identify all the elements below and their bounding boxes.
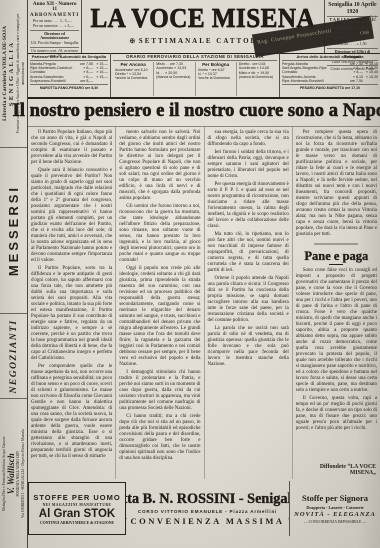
paragraph: Il Partito Popolare, sorto tra la diffid… (31, 266, 112, 362)
paragraph: Quale sarà il bilancio consuntivo e qual… (31, 168, 112, 264)
bottom-ads-banner: STOFFE PER UOMO NEI MAGAZZINI MANIFATTUR… (28, 481, 380, 536)
ad-stoffe-signora-title: Stoffe per Signora (302, 493, 368, 503)
paragraph: Il Partito Popolare Italiano, dopo più c… (31, 130, 112, 166)
article-columns: Il Partito Popolare Italiano, dopo più c… (28, 126, 380, 479)
article-column-4: Per compiere questa opera di ricostruzio… (293, 127, 380, 479)
rail-right-rows: Diretto . ore 0,54Accelerato » 14,08Mist… (239, 62, 275, 79)
timetable-cell (363, 79, 378, 83)
issue-line: Anno XII - Numero 11 (30, 2, 79, 12)
rail-ancona-rows: Accelerato* ore 6,10Diretto * » 13,54*an… (115, 68, 151, 81)
paragraph: sua energia, la quale cerca la sua via d… (208, 130, 289, 148)
left-vertical-ads-strip: Medaglia d'Oro e Premiata Fabbrica Acque… (0, 0, 28, 548)
admin-left: Direzione ed Amministrazione Uff. Piccol… (30, 30, 79, 46)
article-column-2: mento salvarle non le salverà. Noi vedia… (116, 127, 204, 479)
auto-arrivals-table: Arrivo delle Automobili a Senigallia Per… (279, 53, 380, 97)
ad-wallisch-name: V. Wallisch (6, 402, 16, 545)
paragraph: Orbene il popolo attende da Napoli una p… (208, 276, 289, 324)
timetable-cell: Ripe-Monterado-Roncitelli (282, 79, 348, 83)
paragraph: Oggi il popolo non crede più alle ideolo… (119, 266, 200, 368)
text-line: Forniture complete per Scuole e Uffici -… (16, 3, 25, 144)
paragraph: Per comprendere quello che le masse aspe… (31, 364, 112, 460)
ad-gran-stok-title: STOFFE PER UOMO (33, 493, 120, 502)
rail-bologna-header: Per Bologna (198, 62, 234, 68)
ad-negozianti: NEGOZIANTI (0, 314, 27, 399)
rail-col-ancona: Per Ancona Accelerato* ore 6,10Diretto *… (113, 62, 154, 96)
rail-timetable: ORARIO FERROVIARIO DELLA STAZIONE DI SEN… (111, 53, 279, 97)
ad-gran-stok-sub: NEI MAGAZZINI MANIFATTURE (43, 503, 112, 507)
paragraph: Gli uomini che furono intorno a noi, ric… (119, 204, 200, 264)
paragraph: mento salvarle non le salverà. Noi vedia… (119, 130, 200, 202)
timetable-row: Scapezzano-Roncitelliore 8,— (30, 79, 108, 83)
auto-arrivals-footer: PESARO-FANO-MAROTTA ore 17,10 (282, 84, 378, 90)
auto-arrivals-rows: Pergola-Marottaore 7,40» 15,15Sant'Angel… (282, 62, 378, 83)
text-line: *anche la Domenica. (115, 76, 151, 80)
abbonamenti-title: ABBONAMENTI (30, 14, 79, 19)
text-line: Per un semestre . . . » 3,— (30, 24, 79, 29)
left-strip-rotated: Medaglia d'Oro e Premiata Fabbrica Acque… (0, 0, 27, 548)
paragraph: Ma tutto ciò, lo ripetiamo, non lo può f… (208, 232, 289, 274)
paragraph: Per compiere questa opera di ricostruzio… (296, 130, 377, 238)
pane-e-paga-paragraphs: Sono corse false voci in consigli ed imp… (296, 268, 377, 434)
auto-arrivals-title: Arrivo delle Automobili a Senigallia (282, 54, 378, 61)
admin-left-title: Direzione ed Amministrazione (40, 32, 69, 41)
ad-rossini-slogan-row: ☛ CONVENIENZA MASSIMA ☚ (126, 516, 289, 526)
ad-messersi: MESSERSI (0, 148, 27, 315)
text-line: Via UMBERTO I - SENIGALLIA - Deposito Bi… (21, 402, 25, 545)
ad-gran-stok-name: Al Gran STOK (39, 508, 115, 520)
ad-rossini-name: Ditta B. N. ROSSINI - Senigallia (126, 491, 289, 508)
rail-ancona-header: Per Ancona (115, 62, 151, 68)
newspaper-page: Medaglia d'Oro e Premiata Fabbrica Acque… (0, 0, 380, 548)
pane-e-paga-title: Pane e paga (296, 250, 377, 263)
abbonamenti-rates: Per un anno . . . . L. 5,—Per un semestr… (30, 19, 79, 28)
rail-bologna-rows: Diretto * ore 6,57Id. * » 10,37*anche la… (198, 68, 234, 81)
newspaper-title: LA VOCE MISENA (91, 3, 316, 33)
main-headline: Il nostro pensiero e il nostro cuore son… (32, 97, 377, 125)
ad-rossini-slogan: CONVENIENZA MASSIMA (131, 516, 285, 526)
ad-libreria: Libreria e Cartoleria VIOLA DE-SOJA SENI… (0, 0, 27, 148)
ad-libreria-sub: Forniture complete per Scuole e Uffici -… (16, 3, 25, 144)
paragraph: Il Governo, questa volta, capì a tempo e… (296, 396, 377, 432)
ad-gran-stok: STOFFE PER UOMO NEI MAGAZZINI MANIFATTUR… (28, 482, 126, 535)
ad-rossini-address: CORSO VITTORIO EMANUELE - Piazza Armelli… (138, 509, 277, 514)
text-line: (manca la Domenica) (239, 75, 275, 79)
auto-departures-rows: Marotta-Pergolaore 7,55» 15,—Ripe-Monter… (30, 62, 108, 83)
auto-departures-footer: MAROTTA-FANO-PESARO ore 8,30 (30, 84, 108, 90)
article-end-mark (314, 243, 358, 245)
diffondete-slogan: Diffondete “LA VOCE MISENA„ (296, 462, 377, 477)
timetable-row: Ripe-Monterado-Roncitelliore 7,50 (282, 79, 378, 83)
ad-stoffe-signora: Stoffe per Signora Drapperia - Lanerie -… (289, 481, 380, 536)
text-line: *anche la Domenica. (198, 76, 234, 80)
archive-page-mark: 01 (369, 14, 377, 23)
paragraph: Ieri furono i soldati della trincea, e i… (208, 150, 289, 180)
article-column-3: sua energia, la quale cerca la sua via d… (205, 127, 293, 479)
text-line: (Manca la Domenica) (156, 75, 192, 79)
ad-rossini: Ditta B. N. ROSSINI - Senigallia CORSO V… (126, 481, 289, 536)
auto-departures-table: Partenze delle Automobili da Senigallia … (28, 53, 111, 97)
auto-departures-title: Partenze delle Automobili da Senigallia (30, 54, 108, 61)
masthead-left-block: Anno XII - Numero 11 ABBONAMENTI Per un … (28, 0, 82, 53)
ad-wallisch-sub: FONDATA NELL'ANNO 1885Via UMBERTO I - SE… (16, 402, 25, 545)
paragraph: I demagoghi stimolano chi hanno tradito … (119, 370, 200, 412)
title-underline-rule (329, 264, 343, 265)
ad-stoffe-signora-sub: Drapperia - Lanerie - Cotonerie (306, 505, 363, 510)
timetable-cell: ore 7,50 (348, 79, 363, 83)
masthead: Anno XII - Numero 11 ABBONAMENTI Per un … (28, 0, 380, 54)
paragraph: Ci hanno traditi; ma a chi crede dopo ci… (119, 414, 200, 462)
timetable-band: Partenze delle Automobili da Senigallia … (28, 53, 380, 99)
rail-col-right: Diretto . ore 0,54Accelerato » 14,08Mist… (237, 62, 277, 96)
rail-col-mid: Misto . . ore 7,30Accelerato » 13,53Id. … (154, 62, 195, 96)
ad-wallisch: Medaglia d'Oro e Premiata Fabbrica Acque… (0, 399, 27, 548)
timetable-cell: ore 8,— (78, 79, 93, 83)
admin-left-addr: Uff. Piccola Stampa - Senigallia (31, 41, 79, 45)
timetable-cell (93, 79, 108, 83)
paragraph: Sono corse false voci in consigli ed imp… (296, 268, 377, 394)
rail-timetable-grid: Per Ancona Accelerato* ore 6,10Diretto *… (113, 62, 277, 96)
paragraph: Per questa energia di rinnovamento è sor… (208, 182, 289, 230)
ad-stoffe-signora-note: — CONCORRENZA IMPOSSIBILE — (304, 520, 366, 524)
column-4-top-paragraphs: Per compiere questa opera di ricostruzio… (296, 130, 377, 240)
ad-messersi-label: MESSERSI (6, 151, 21, 311)
rail-timetable-title: ORARIO FERROVIARIO DELLA STAZIONE DI SEN… (113, 54, 277, 61)
pointing-hand-right-icon: ☛ (126, 516, 128, 526)
ad-stoffe-signora-slogan: NOVITÀ - ELEGANZA (294, 511, 376, 518)
article-column-1: Il Partito Popolare Italiano, dopo più c… (28, 127, 116, 479)
ad-negozianti-label: NEGOZIANTI (9, 317, 19, 395)
ad-libreria-city: SENIGALLIA (8, 3, 16, 144)
rail-col-bologna: Per Bologna Diretto * ore 6,57Id. * » 10… (196, 62, 237, 96)
paragraph: La parola che ne uscirà non sarà parola … (208, 326, 289, 368)
timetable-cell: Scapezzano-Roncitelli (30, 79, 78, 83)
rail-mid-rows: Misto . . ore 7,30Accelerato » 13,53Id. … (156, 62, 192, 79)
ornament-cross-icon: ✠ (130, 38, 135, 45)
ad-gran-stok-note: CONTINUI ARRIVI MERCE di STAGIONE (40, 521, 114, 525)
